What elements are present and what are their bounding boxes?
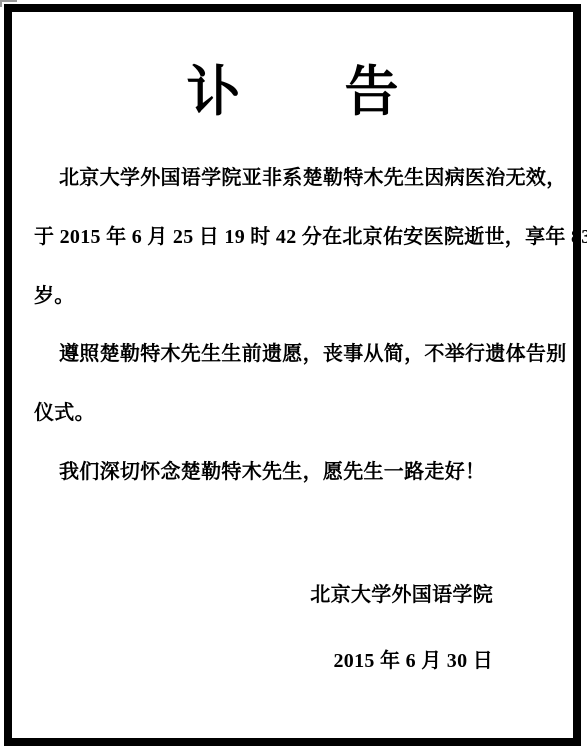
title-char-left: 讣 [187, 58, 241, 126]
obituary-page: 讣 告 北京大学外国语学院亚非系楚勒特木先生因病医治无效， 于 2015 年 6… [0, 0, 587, 747]
title-char-right: 告 [345, 58, 399, 126]
notice-body: 北京大学外国语学院亚非系楚勒特木先生因病医治无效， 于 2015 年 6 月 2… [34, 149, 568, 502]
signature-block: 北京大学外国语学院 2015 年 6 月 30 日 [310, 566, 493, 691]
crop-mark-top-right-vertical [0, 0, 2, 7]
crop-mark-top-right-horizontal [0, 0, 17, 2]
body-line: 于 2015 年 6 月 25 日 19 时 42 分在北京佑安医院逝世，享年 … [34, 208, 568, 267]
body-line: 遵照楚勒特木先生生前遗愿，丧事从简，不举行遗体告别 [34, 325, 568, 384]
signature-organization: 北京大学外国语学院 [310, 566, 493, 625]
body-line: 北京大学外国语学院亚非系楚勒特木先生因病医治无效， [34, 149, 568, 208]
body-line: 我们深切怀念楚勒特木先生，愿先生一路走好！ [34, 443, 568, 502]
signature-date: 2015 年 6 月 30 日 [310, 632, 493, 691]
body-line: 仪式。 [34, 384, 568, 443]
body-line: 岁。 [34, 267, 568, 326]
notice-title: 讣 告 [12, 58, 573, 126]
